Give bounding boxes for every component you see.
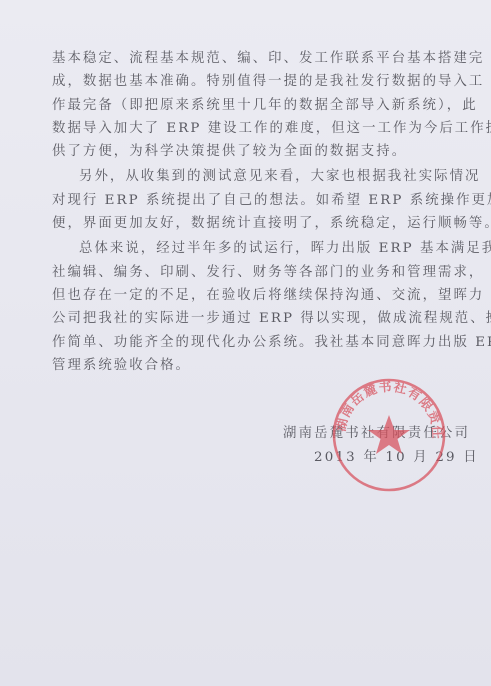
document-page: 基本稳定、流程基本规范、编、印、发工作联系平台基本搭建完 成，数据也基本准确。特… xyxy=(0,0,491,686)
text-line: 社编辑、编务、印刷、发行、财务等各部门的业务和管理需求， xyxy=(52,261,454,284)
text-line: 管理系统验收合格。 xyxy=(52,354,454,377)
text-line: 作简单、功能齐全的现代化办公系统。我社基本同意晖力出版 ERP xyxy=(52,331,454,354)
text-line: 基本稳定、流程基本规范、编、印、发工作联系平台基本搭建完 xyxy=(52,47,454,70)
signature-date: 2013 年 10 月 29 日 xyxy=(314,446,479,465)
text-line: 数据导入加大了 ERP 建设工作的难度，但这一工作为今后工作提 xyxy=(52,117,454,140)
text-line: 另外，从收集到的测试意见来看，大家也根据我社实际情况 xyxy=(52,165,454,188)
text-line: 总体来说，经过半年多的试运行，晖力出版 ERP 基本满足我 xyxy=(52,237,454,260)
text-line: 作最完备（即把原来系统里十几年的数据全部导入新系统），此 xyxy=(52,94,454,117)
text-line: 但也存在一定的不足，在验收后将继续保持沟通、交流，望晖力 xyxy=(52,284,454,307)
text-line: 成，数据也基本准确。特别值得一提的是我社发行数据的导入工 xyxy=(52,70,454,93)
text-line: 供了方便，为科学决策提供了较为全面的数据支持。 xyxy=(52,140,454,163)
paragraph-2: 另外，从收集到的测试意见来看，大家也根据我社实际情况 对现行 ERP 系统提出了… xyxy=(52,165,454,235)
text-line: 对现行 ERP 系统提出了自己的想法。如希望 ERP 系统操作更加方 xyxy=(52,189,454,212)
paragraph-1: 基本稳定、流程基本规范、编、印、发工作联系平台基本搭建完 成，数据也基本准确。特… xyxy=(52,47,454,163)
document-body: 基本稳定、流程基本规范、编、印、发工作联系平台基本搭建完 成，数据也基本准确。特… xyxy=(52,47,454,377)
text-line: 便，界面更加友好，数据统计直接明了，系统稳定，运行顺畅等。 xyxy=(52,212,454,235)
signature-organization: 湖南岳麓书社有限责任公司 xyxy=(283,422,470,441)
text-line: 公司把我社的实际进一步通过 ERP 得以实现，做成流程规范、操 xyxy=(52,307,454,330)
paragraph-3: 总体来说，经过半年多的试运行，晖力出版 ERP 基本满足我 社编辑、编务、印刷、… xyxy=(52,237,454,377)
